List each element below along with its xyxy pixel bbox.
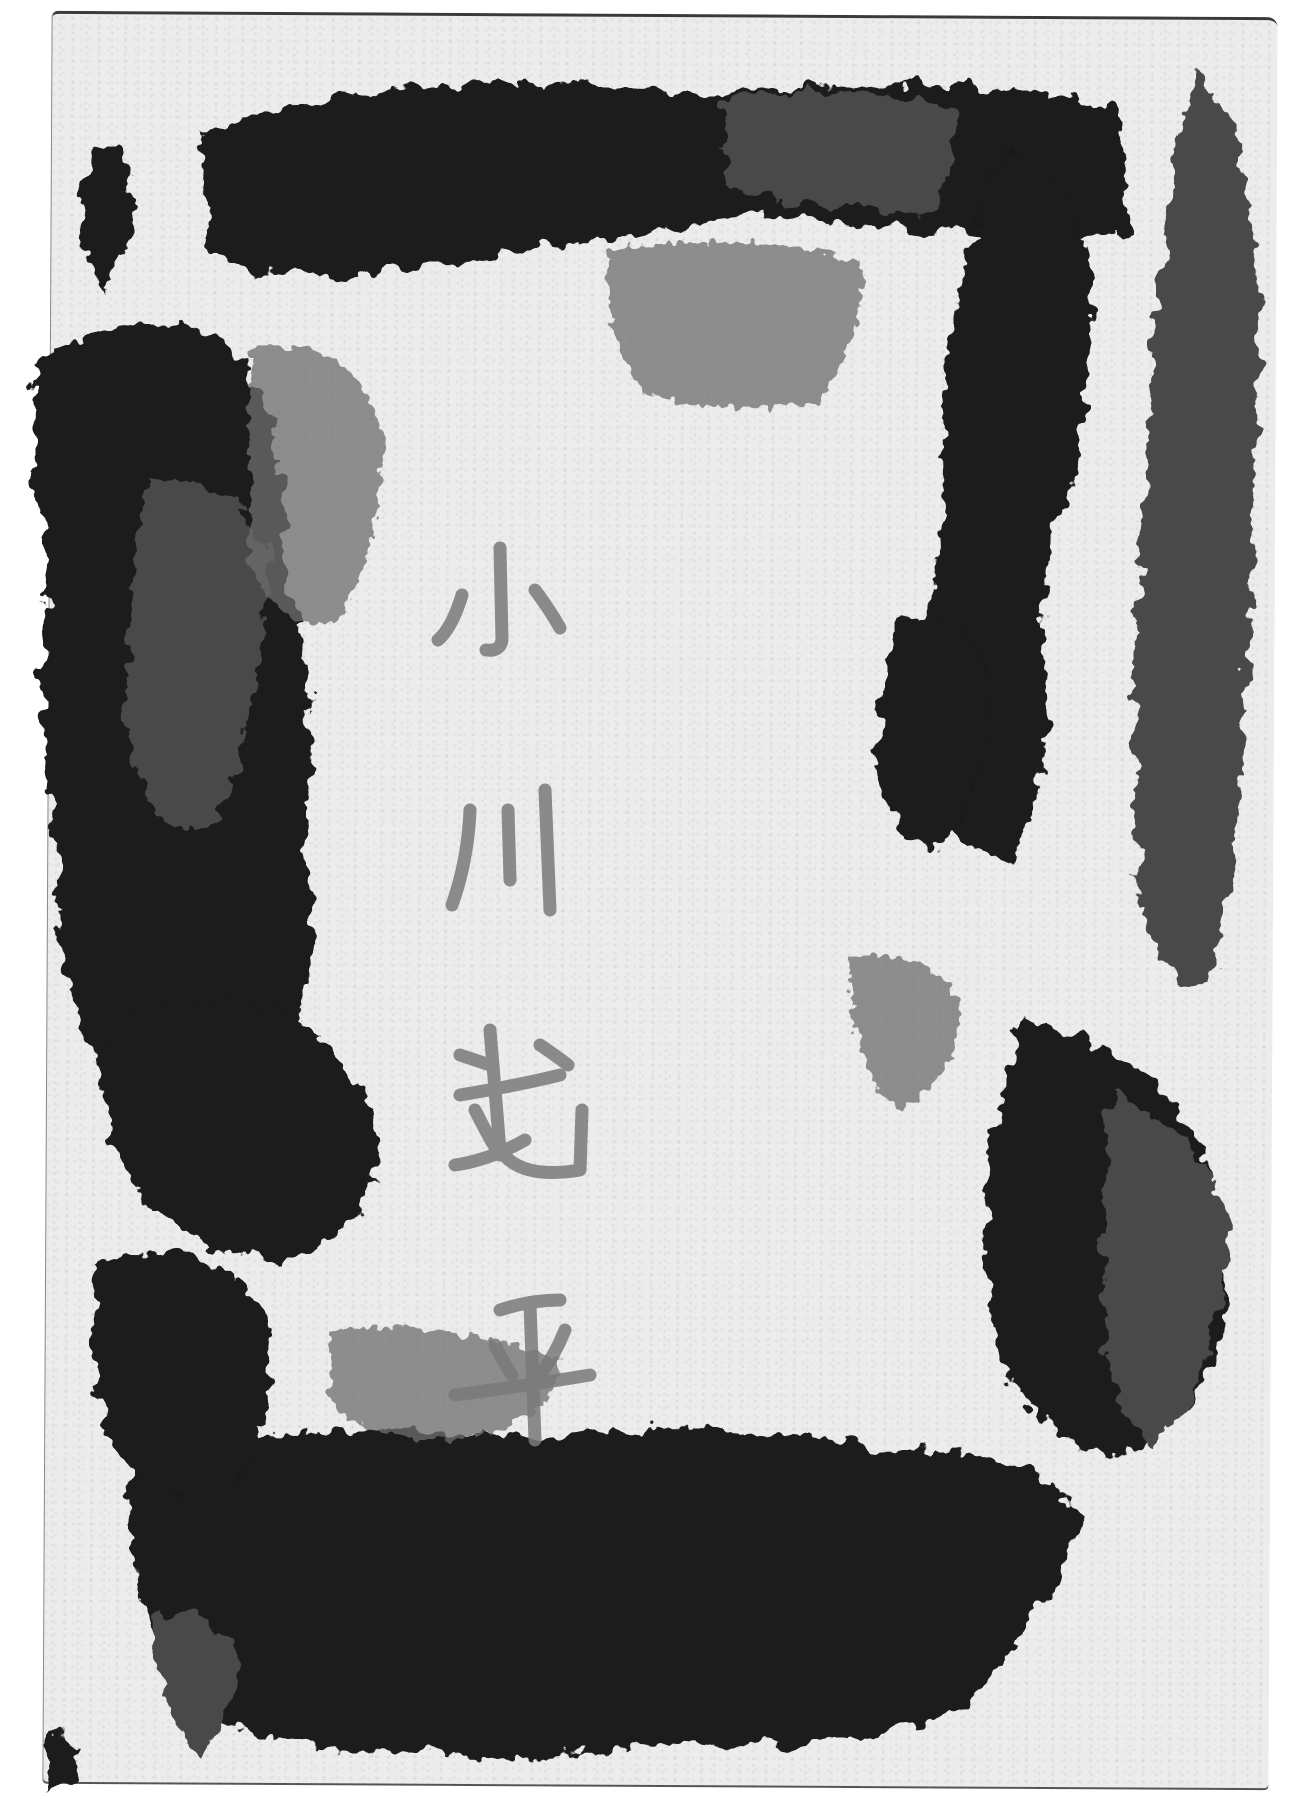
ink-frame-artwork bbox=[0, 0, 1295, 1800]
signature-calligraphy bbox=[438, 548, 590, 1440]
dry-brush-texture bbox=[250, 242, 960, 1440]
char-1 bbox=[438, 548, 560, 650]
char-3 bbox=[455, 1030, 582, 1173]
char-2 bbox=[452, 790, 550, 910]
